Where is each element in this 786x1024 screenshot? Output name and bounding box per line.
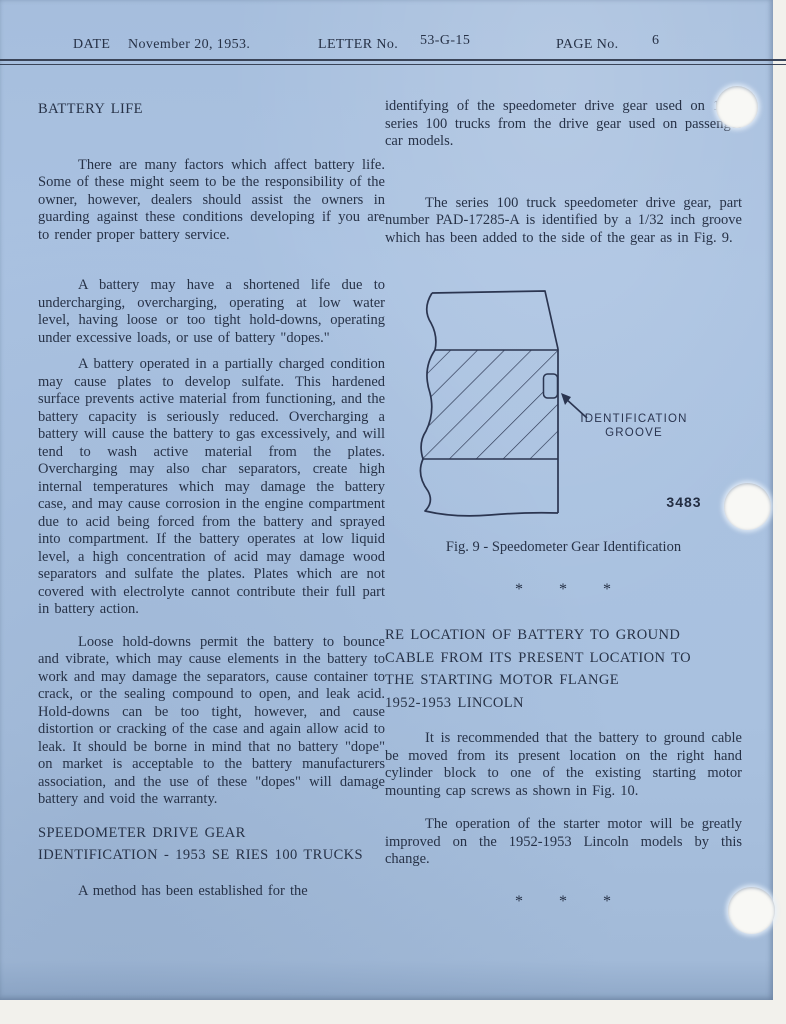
separator-asterisks-mid: * * * xyxy=(385,581,742,599)
letter-number-value: 53-G-15 xyxy=(420,33,470,49)
document-page: DATE November 20, 1953. LETTER No. 53-G-… xyxy=(0,0,773,1000)
relocation-heading-line2: CABLE FROM ITS PRESENT LOCATION TO xyxy=(385,647,742,670)
punch-hole-bottom xyxy=(728,887,775,934)
paragraph-battery-factors: There are many factors which affect batt… xyxy=(38,157,385,245)
header-rule-thin xyxy=(0,64,786,65)
paragraph-cable-recommendation: It is recommended that the battery to gr… xyxy=(385,730,742,800)
groove-arrow-head xyxy=(561,393,571,405)
groove-label-line2: GROOVE xyxy=(605,427,663,439)
paragraph-starter-operation: The operation of the starter motor will … xyxy=(385,816,742,869)
left-column: BATTERY LIFE There are many factors whic… xyxy=(38,98,385,900)
right-column: identifying of the speedometer drive gea… xyxy=(385,98,742,910)
separator-asterisks-bottom: * * * xyxy=(385,893,742,911)
gear-section-top xyxy=(427,291,558,350)
relocation-heading-line4: 1952-1953 LINCOLN xyxy=(385,692,742,715)
groove-label-line1: IDENTIFICATION xyxy=(580,413,687,425)
paragraph-gear-part-number: The series 100 truck speedometer drive g… xyxy=(385,195,742,248)
section-heading-speedometer: SPEEDOMETER DRIVE GEAR IDENTIFICATION - … xyxy=(38,822,385,867)
speedometer-heading-line1: SPEEDOMETER DRIVE GEAR xyxy=(38,822,385,845)
paragraph-partially-charged: A battery operated in a partially charge… xyxy=(38,356,385,619)
figure-9-caption: Fig. 9 - Speedometer Gear Identification xyxy=(385,539,742,557)
letter-number-label: LETTER No. xyxy=(318,37,398,53)
paragraph-shortened-life: A battery may have a shortened life due … xyxy=(38,277,385,347)
punch-hole-top xyxy=(716,86,758,128)
section-heading-battery-life: BATTERY LIFE xyxy=(38,98,385,121)
speedometer-heading-line2: IDENTIFICATION - 1953 SE RIES 100 TRUCKS xyxy=(38,844,385,867)
section-heading-relocation: RE LOCATION OF BATTERY TO GROUND CABLE F… xyxy=(385,624,742,714)
relocation-heading-line3: THE STARTING MOTOR FLANGE xyxy=(385,669,742,692)
gear-section-bottom xyxy=(420,459,558,516)
page-number-label: PAGE No. xyxy=(556,37,619,53)
header-rule-thick xyxy=(0,59,786,61)
paragraph-identifying-continuation: identifying of the speedometer drive gea… xyxy=(385,98,742,151)
paragraph-hold-downs: Loose hold-downs permit the battery to b… xyxy=(38,634,385,809)
page-number-value: 6 xyxy=(652,33,659,49)
identification-groove-notch xyxy=(544,374,558,398)
figure-artwork-number: 3483 xyxy=(666,494,701,510)
gear-section-hatched xyxy=(421,350,558,459)
punch-hole-middle xyxy=(724,483,771,530)
date-label: DATE xyxy=(73,37,110,53)
paragraph-method-established: A method has been established for the xyxy=(38,883,385,901)
figure-9-drawing: IDENTIFICATION GROOVE 3483 xyxy=(395,271,735,531)
figure-9: IDENTIFICATION GROOVE 3483 xyxy=(395,271,735,531)
relocation-heading-line1: RE LOCATION OF BATTERY TO GROUND xyxy=(385,624,742,647)
date-value: November 20, 1953. xyxy=(128,37,250,53)
